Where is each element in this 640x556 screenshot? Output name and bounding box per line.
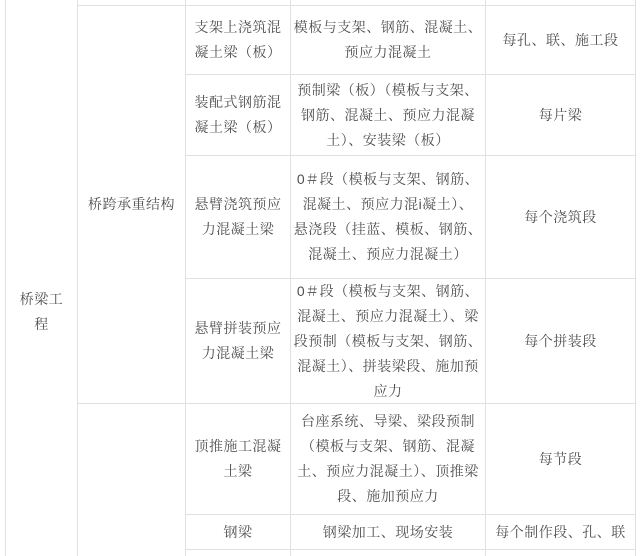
table-border-bottom	[185, 549, 636, 550]
unit-cell: 每节段	[486, 404, 635, 514]
work-content-cell: 0＃段（模板与支架、钢筋、 混凝土、预应力混凝土）、梁 段预制（模板与支架、钢筋…	[291, 279, 485, 403]
group-cell: 桥跨承重结构	[78, 6, 185, 403]
category-cell: 桥梁工 程	[6, 286, 77, 338]
beam-type-cell: 悬臂浇筑预应 力混凝土梁	[186, 156, 290, 278]
unit-cell: 每个制作段、孔、联	[486, 515, 635, 549]
engineering-division-table: 桥梁工 程 桥跨承重结构 支架上浇筑混 凝土梁（板） 模板与支架、钢筋、混凝土、…	[0, 0, 640, 556]
unit-cell: 每个浇筑段	[486, 156, 635, 278]
unit-cell: 每个拼装段	[486, 279, 635, 403]
beam-type-cell: 支架上浇筑混 凝土梁（板）	[186, 6, 290, 74]
work-content-cell: 预制梁（板）（模板与支架、 钢筋、混凝土、预应力混凝 土）、安装梁（板）	[291, 75, 485, 155]
work-content-cell: 台座系统、导梁、梁段预制 （模板与支架、钢筋、混凝 土、预应力混凝土）、顶推梁 …	[291, 404, 485, 514]
unit-cell: 每片梁	[486, 75, 635, 155]
beam-type-cell: 钢梁	[186, 515, 290, 549]
beam-type-cell: 悬臂拼装预应 力混凝土梁	[186, 279, 290, 403]
beam-type-cell: 顶推施工混凝 土梁	[186, 404, 290, 514]
work-content-cell: 0＃段（模板与支架、钢筋、 混凝土、预应力混i凝土）、 悬浇段（挂蓝、模板、钢筋…	[291, 156, 485, 278]
unit-cell: 每孔、联、施工段	[486, 6, 635, 74]
beam-type-cell: 装配式钢筋混 凝土梁（板）	[186, 75, 290, 155]
work-content-cell: 钢梁加工、现场安装	[291, 515, 485, 549]
work-content-cell: 模板与支架、钢筋、混凝土、 预应力混凝土	[291, 6, 485, 74]
table-border-left	[5, 0, 6, 556]
